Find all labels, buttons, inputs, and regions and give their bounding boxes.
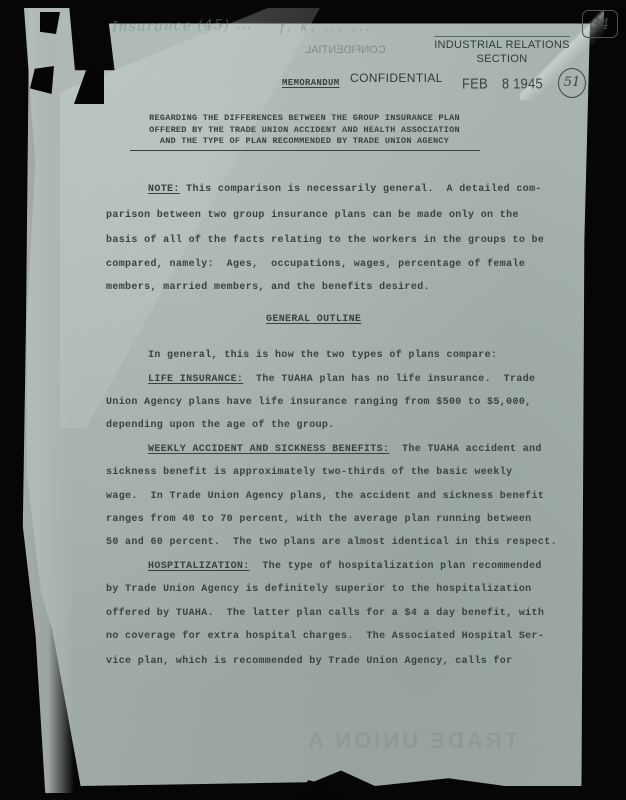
section-weekly-accident: WEEKLY ACCIDENT AND SICKNESS BENEFITS: T… [148, 444, 542, 455]
mirrored-stamp-bleed: CONFIDENTIAL [305, 44, 386, 56]
handwritten-note: Insurance (45) ... [112, 17, 252, 35]
body-line: Union Agency plans have life insurance r… [106, 397, 532, 408]
body-line: offered by TUAHA. The latter plan calls … [106, 608, 544, 619]
date-stamp: FEB8 1945 [462, 75, 543, 92]
department-stamp-line: SECTION [432, 52, 572, 66]
section-label: LIFE INSURANCE: [148, 374, 243, 385]
subject-line: REGARDING THE DIFFERENCES BETWEEN THE GR… [132, 113, 477, 125]
section-life-insurance: LIFE INSURANCE: The TUAHA plan has no li… [148, 374, 535, 385]
subject-line: AND THE TYPE OF PLAN RECOMMENDED BY TRAD… [132, 136, 477, 148]
department-stamp-line: INDUSTRIAL RELATIONS [434, 36, 570, 52]
mirrored-bleed-through-text: TRADE UNION A [305, 728, 518, 754]
body-line: sickness benefit is approximately two-th… [106, 467, 512, 478]
body-line: ranges from 40 to 70 percent, with the a… [106, 514, 532, 525]
date-month: FEB [462, 75, 488, 92]
subject-underline [130, 150, 480, 151]
memo-label: MEMORANDUM [282, 78, 340, 88]
body-line: wage. In Trade Union Agency plans, the a… [106, 491, 544, 502]
department-stamp: INDUSTRIAL RELATIONS SECTION [432, 36, 572, 66]
note-label: NOTE: [148, 184, 180, 195]
body-line: by Trade Union Agency is definitely supe… [106, 584, 532, 595]
general-outline-heading: GENERAL OUTLINE [266, 314, 361, 325]
page-number-circled: 51 [558, 68, 586, 98]
note-line: members, married members, and the benefi… [106, 282, 430, 293]
body-line: depending upon the age of the group. [106, 420, 335, 431]
body-line: no coverage for extra hospital charges. … [106, 631, 544, 642]
section-hospitalization: HOSPITALIZATION: The type of hospitaliza… [148, 561, 542, 572]
page-number-boxed: 34 [582, 10, 618, 38]
note-line: compared, namely: Ages, occupations, wag… [106, 259, 525, 270]
note-line: NOTE: This comparison is necessarily gen… [148, 184, 542, 195]
section-label: WEEKLY ACCIDENT AND SICKNESS BENEFITS: [148, 444, 389, 455]
handwritten-note: f. k. ... ... [280, 20, 372, 34]
subject-heading: REGARDING THE DIFFERENCES BETWEEN THE GR… [132, 113, 477, 148]
date-day-year: 8 1945 [502, 75, 543, 92]
confidential-stamp: CONFIDENTIAL [350, 71, 443, 85]
body-line: 50 and 60 percent. The two plans are alm… [106, 537, 557, 548]
body-line: vice plan, which is recommended by Trade… [106, 656, 512, 667]
note-line: basis of all of the facts relating to th… [106, 235, 544, 246]
subject-line: OFFERED BY THE TRADE UNION ACCIDENT AND … [132, 125, 477, 137]
section-label: HOSPITALIZATION: [148, 561, 250, 572]
note-line: parison between two group insurance plan… [106, 210, 519, 221]
general-outline-intro: In general, this is how the two types of… [148, 350, 497, 361]
